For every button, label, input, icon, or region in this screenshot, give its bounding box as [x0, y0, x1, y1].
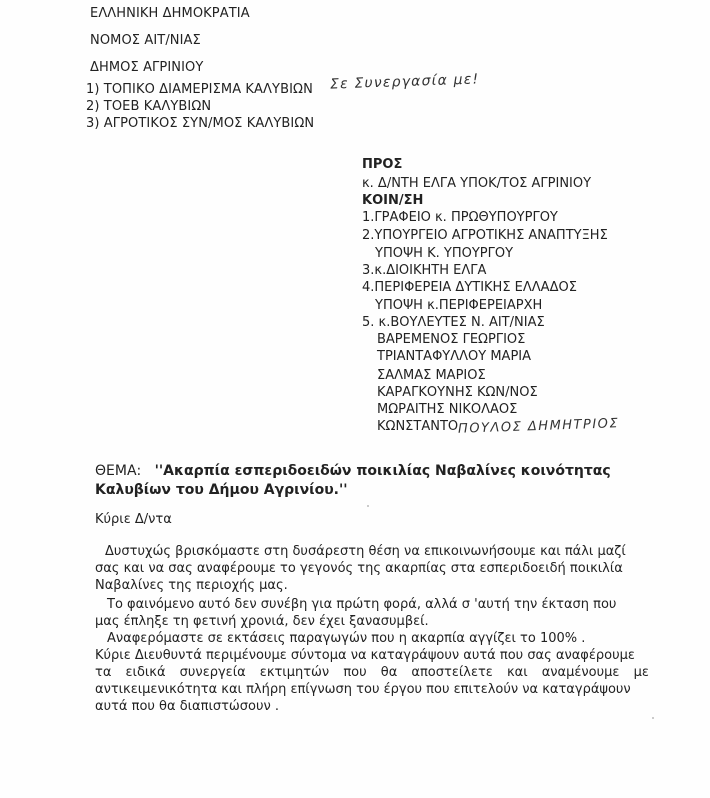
body-line: Ναβαλίνες της περιοχής μας.: [95, 577, 288, 594]
cc-item: 2.ΥΠΟΥΡΓΕΙΟ ΑΓΡΟΤΙΚΗΣ ΑΝΑΠΤΥΞΗΣ: [362, 226, 608, 245]
cc-item: 1.ΓΡΑΦΕΙΟ κ. ΠΡΩΘΥΠΟΥΡΓΟΥ: [362, 208, 558, 227]
to-label: ΠΡΟΣ: [362, 157, 402, 172]
cc-item: 4.ΠΕΡΙΦΕΡΕΙΑ ΔΥΤΙΚΗΣ ΕΛΛΑΔΟΣ: [362, 278, 577, 297]
subject-line-1: ''Ακαρπία εσπεριδοειδών ποικιλίας Ναβαλί…: [155, 463, 611, 479]
salutation: Κύριε Δ/ντα: [95, 512, 172, 527]
subject-label: ΘΕΜΑ:: [95, 463, 141, 479]
body-line: αντικειμενικότητα και πλήρη επίγνωση του…: [95, 681, 631, 698]
body-line: Το φαινόμενο αυτό δεν συνέβη για πρώτη φ…: [107, 596, 616, 613]
body-line: σας και να σας αναφέρουμε το γεγονός της…: [95, 560, 623, 577]
sender-1: 1) ΤΟΠΙΚΟ ΔΙΑΜΕΡΙΣΜΑ ΚΑΛΥΒΙΩΝ: [86, 82, 313, 97]
sender-3: 3) ΑΓΡΟΤΙΚΟΣ ΣΥΝ/ΜΟΣ ΚΑΛΥΒΙΩΝ: [86, 116, 314, 131]
letterhead-municipality: ΔΗΜΟΣ ΑΓΡΙΝΙΟΥ: [90, 60, 203, 75]
letterhead-prefecture: ΝΟΜΟΣ ΑΙΤ/ΝΙΑΣ: [90, 33, 201, 48]
letterhead-country: ΕΛΛΗΝΙΚΗ ΔΗΜΟΚΡΑΤΙΑ: [90, 6, 250, 21]
body-line: Κύριε Διευθυντά περιμένουμε σύντομα να κ…: [95, 647, 635, 664]
mp-name: ΚΩΝΣΤΑΝΤΟ: [377, 419, 458, 434]
body-line: τα ειδικά συνεργεία εκτιμητών που θα απο…: [95, 664, 649, 681]
cc-item: ΤΡΙΑΝΤΑΦΥΛΛΟΥ ΜΑΡΙΑ: [377, 347, 531, 366]
scan-speck: [367, 505, 369, 507]
body-line: αυτά που θα διαπιστώσουν .: [95, 698, 279, 715]
body-line: μας έπληξε τη φετινή χρονιά, δεν έχει ξα…: [95, 613, 429, 630]
sender-2: 2) ΤΟΕΒ ΚΑΛΥΒΙΩΝ: [86, 99, 211, 114]
body-line: Δυστυχώς βρισκόμαστε στη δυσάρεστη θέση …: [105, 543, 626, 560]
handwritten-note: Σε Συνεργασία με!: [330, 71, 480, 92]
cc-label: ΚΟΙΝ/ΣΗ: [362, 193, 423, 208]
body-line: Αναφερόμαστε σε εκτάσεις παραγωγών που η…: [107, 630, 585, 647]
subject-line-2: Καλυβίων του Δήμου Αγρινίου.'': [95, 482, 348, 498]
mp-name-handwritten: ΠΟΥΛΟΣ ΔΗΜΗΤΡΙΟΣ: [458, 414, 620, 439]
scan-speck: [652, 717, 654, 719]
